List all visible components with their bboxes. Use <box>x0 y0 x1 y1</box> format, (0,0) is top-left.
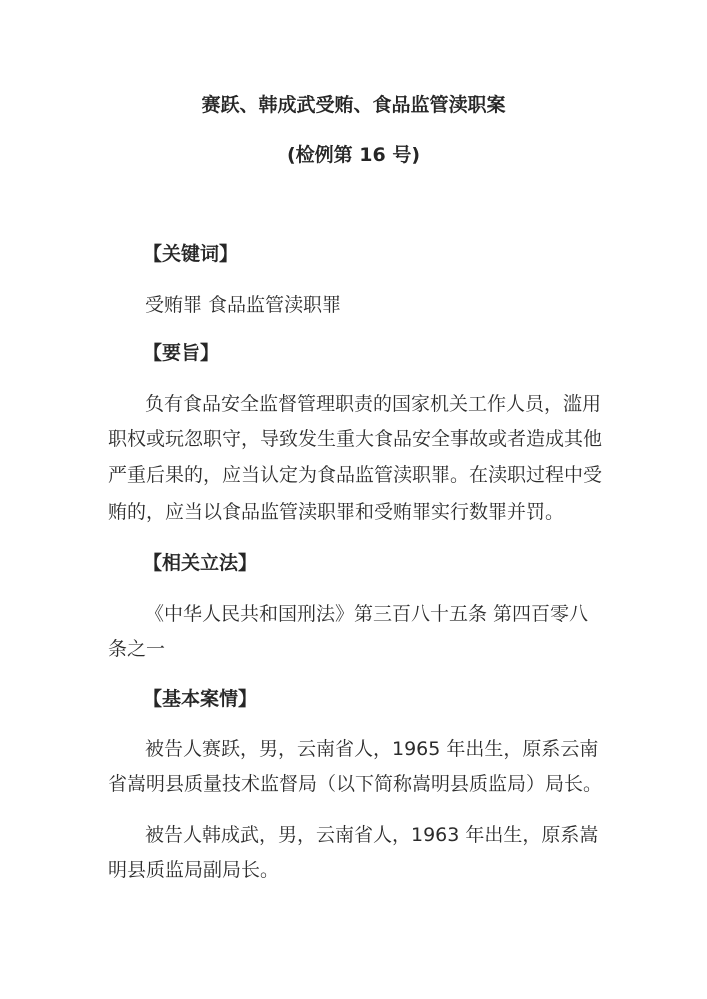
section-heading-facts: 【基本案情】 <box>143 687 257 711</box>
section-heading-gist: 【要旨】 <box>143 341 219 365</box>
facts-p2-line-1: 被告人韩成武，男，云南省人，1963 年出生，原系嵩 <box>145 823 598 847</box>
gist-line-1: 负有食品安全监督管理职责的国家机关工作人员，滥用 <box>145 392 601 416</box>
gist-line-4: 贿的，应当以食品监管渎职罪和受贿罪实行数罪并罚。 <box>108 500 564 524</box>
section-heading-keywords: 【关键词】 <box>143 242 238 266</box>
gist-line-2: 职权或玩忽职守，导致发生重大食品安全事故或者造成其他 <box>108 427 602 451</box>
document-subtitle: (检例第 16 号) <box>0 143 707 167</box>
legislation-line-1: 《中华人民共和国刑法》第三百八十五条 第四百零八 <box>145 602 588 626</box>
gist-line-3: 严重后果的，应当认定为食品监管渎职罪。在渎职过程中受 <box>108 463 602 487</box>
legislation-line-2: 条之一 <box>108 637 165 661</box>
document-title: 赛跃、韩成武受贿、食品监管渎职案 <box>0 93 707 117</box>
facts-p1-line-1: 被告人赛跃，男，云南省人，1965 年出生，原系云南 <box>145 737 598 761</box>
keywords-text: 受贿罪 食品监管渎职罪 <box>145 293 341 317</box>
document-page: 赛跃、韩成武受贿、食品监管渎职案 (检例第 16 号) 【关键词】 受贿罪 食品… <box>0 0 707 999</box>
section-heading-legislation: 【相关立法】 <box>143 551 257 575</box>
facts-p1-line-2: 省嵩明县质量技术监督局（以下简称嵩明县质监局）局长。 <box>108 772 602 796</box>
facts-p2-line-2: 明县质监局副局长。 <box>108 858 279 882</box>
